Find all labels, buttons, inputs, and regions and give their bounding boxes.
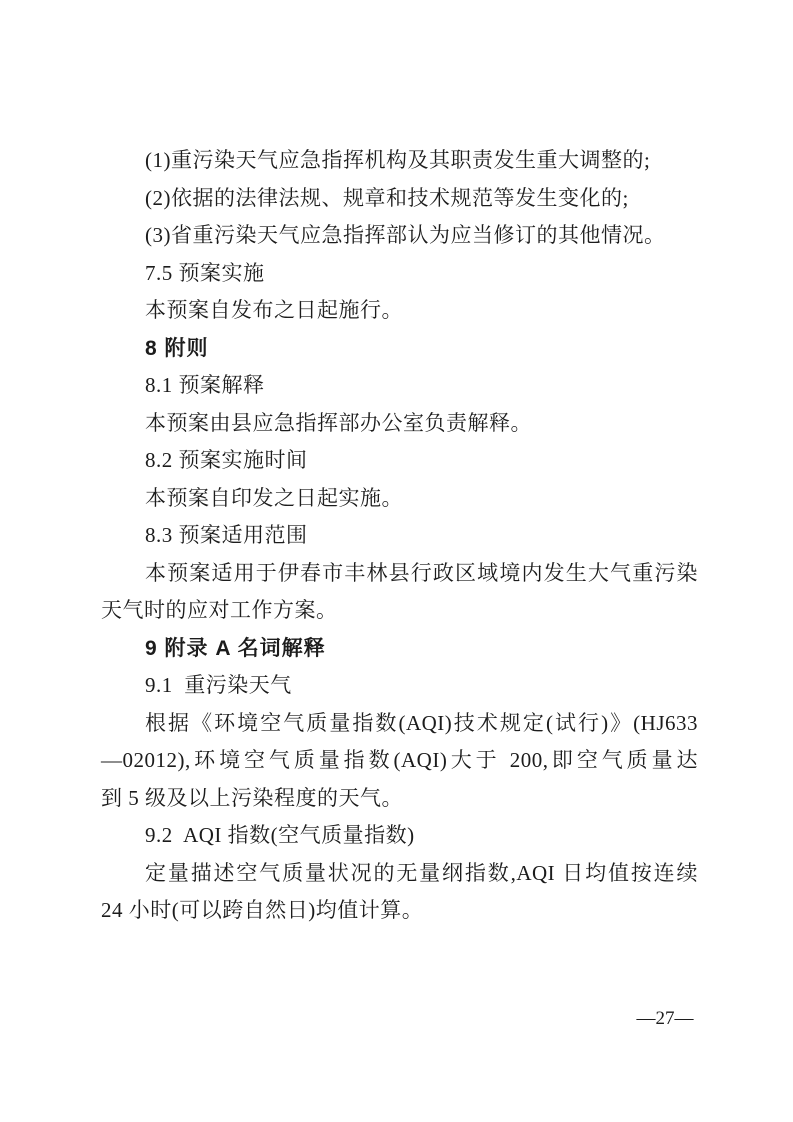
para-8-3-body-line-1: 本预案适用于伊春市丰林县行政区域境内发生大气重污染 [101, 555, 698, 593]
heading-8-3: 8.3 预案适用范围 [101, 517, 698, 555]
para-8-3-body-line-2: 天气时的应对工作方案。 [101, 592, 698, 630]
heading-9: 9 附录 A 名词解释 [101, 630, 698, 668]
revision-condition-item-2: (2)依据的法律法规、规章和技术规范等发生变化的; [101, 180, 698, 218]
page-number: —27— [630, 1005, 700, 1033]
document-page: (1)重污染天气应急指挥机构及其职责发生重大调整的; (2)依据的法律法规、规章… [0, 0, 793, 1122]
heading-9-1: 9.1 重污染天气 [101, 667, 698, 705]
para-7-5-body: 本预案自发布之日起施行。 [101, 292, 698, 330]
para-9-1-body-line-2: —02012),环境空气质量指数(AQI)大于 200,即空气质量达 [101, 742, 698, 780]
heading-7-5: 7.5 预案实施 [101, 255, 698, 293]
heading-8-2: 8.2 预案实施时间 [101, 442, 698, 480]
para-8-1-body: 本预案由县应急指挥部办公室负责解释。 [101, 405, 698, 443]
document-body: (1)重污染天气应急指挥机构及其职责发生重大调整的; (2)依据的法律法规、规章… [101, 142, 698, 930]
revision-condition-item-1: (1)重污染天气应急指挥机构及其职责发生重大调整的; [101, 142, 698, 180]
heading-8: 8 附则 [101, 330, 698, 368]
para-9-1-body-line-1: 根据《环境空气质量指数(AQI)技术规定(试行)》(HJ633 [101, 705, 698, 743]
para-9-2-body-line-2: 24 小时(可以跨自然日)均值计算。 [101, 892, 698, 930]
revision-condition-item-3: (3)省重污染天气应急指挥部认为应当修订的其他情况。 [101, 217, 698, 255]
para-9-1-body-line-3: 到 5 级及以上污染程度的天气。 [101, 780, 698, 818]
para-8-2-body: 本预案自印发之日起实施。 [101, 480, 698, 518]
para-9-2-body-line-1: 定量描述空气质量状况的无量纲指数,AQI 日均值按连续 [101, 855, 698, 893]
heading-8-1: 8.1 预案解释 [101, 367, 698, 405]
heading-9-2: 9.2 AQI 指数(空气质量指数) [101, 817, 698, 855]
